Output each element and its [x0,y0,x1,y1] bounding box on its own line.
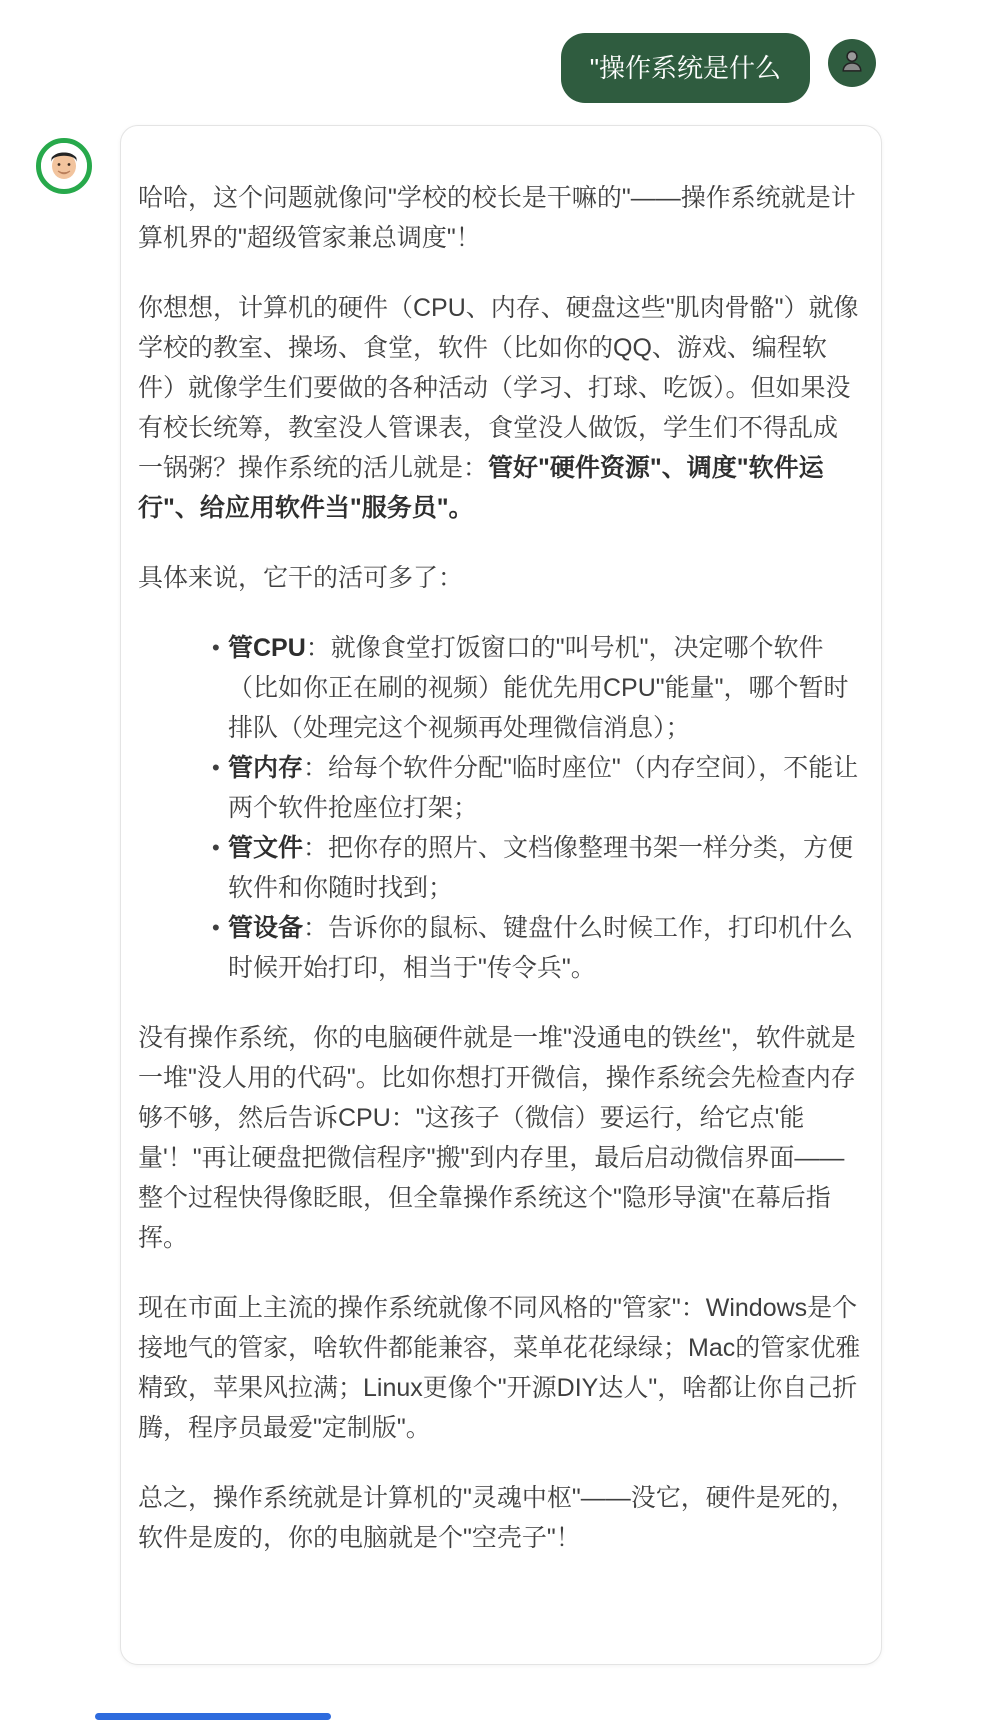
paragraph-text: 没有操作系统，你的电脑硬件就是一堆"没通电的铁丝"，软件就是一堆"没人用的代码"… [138,1024,856,1252]
bullet-term: 管内存 [228,754,303,782]
list-item-cpu: 管CPU：就像食堂打饭窗口的"叫号机"，决定哪个软件（比如你正在刷的视频）能优先… [228,628,861,748]
user-message-bubble: "操作系统是什么 [561,33,810,103]
bullet-term: 管设备 [228,914,303,942]
bullet-text: ：给每个软件分配"临时座位"（内存空间），不能让两个软件抢座位打架； [228,754,858,822]
bullet-text: ：把你存的照片、文档像整理书架一样分类，方便软件和你随时找到； [228,834,853,902]
bullet-term: 管文件 [228,834,303,862]
user-message-row: "操作系统是什么 [561,33,876,103]
assistant-avatar[interactable] [36,138,92,194]
paragraph-text: 总之，操作系统就是计算机的"灵魂中枢"——没它，硬件是死的，软件是废的，你的电脑… [138,1484,856,1552]
list-item-memory: 管内存：给每个软件分配"临时座位"（内存空间），不能让两个软件抢座位打架； [228,748,861,828]
person-icon [838,47,866,80]
bullet-text: ：告诉你的鼠标、键盘什么时候工作，打印机什么时候开始打印，相当于"传令兵"。 [228,914,853,982]
list-item-files: 管文件：把你存的照片、文档像整理书架一样分类，方便软件和你随时找到； [228,828,861,908]
bullet-text: ：就像食堂打饭窗口的"叫号机"，决定哪个软件（比如你正在刷的视频）能优先用CPU… [228,634,849,742]
reply-paragraph-6: 总之，操作系统就是计算机的"灵魂中枢"——没它，硬件是死的，软件是废的，你的电脑… [138,1478,861,1558]
user-message-text: "操作系统是什么 [590,53,781,83]
paragraph-text: 现在市面上主流的操作系统就像不同风格的"管家"：Windows是个接地气的管家，… [138,1294,860,1442]
paragraph-text: 哈哈，这个问题就像问"学校的校长是干嘛的"——操作系统就是计算机界的"超级管家兼… [138,184,856,252]
list-item-devices: 管设备：告诉你的鼠标、键盘什么时候工作，打印机什么时候开始打印，相当于"传令兵"… [228,908,861,988]
reply-paragraph-3: 具体来说，它干的活可多了： [138,558,861,598]
reply-paragraph-2: 你想想，计算机的硬件（CPU、内存、硬盘这些"肌肉骨骼"）就像学校的教室、操场、… [138,288,861,528]
paragraph-text: 具体来说，它干的活可多了： [138,564,463,592]
bottom-partial-blue-bar [95,1713,331,1720]
user-avatar[interactable] [828,39,876,87]
reply-paragraph-1: 哈哈，这个问题就像问"学校的校长是干嘛的"——操作系统就是计算机界的"超级管家兼… [138,178,861,258]
bullet-list: 管CPU：就像食堂打饭窗口的"叫号机"，决定哪个软件（比如你正在刷的视频）能优先… [138,628,861,988]
man-face-icon [41,141,87,192]
reply-paragraph-5: 现在市面上主流的操作系统就像不同风格的"管家"：Windows是个接地气的管家，… [138,1288,861,1448]
reply-paragraph-4: 没有操作系统，你的电脑硬件就是一堆"没通电的铁丝"，软件就是一堆"没人用的代码"… [138,1018,861,1258]
assistant-reply-card: 哈哈，这个问题就像问"学校的校长是干嘛的"——操作系统就是计算机界的"超级管家兼… [120,125,882,1665]
bullet-term: 管CPU [228,634,306,662]
